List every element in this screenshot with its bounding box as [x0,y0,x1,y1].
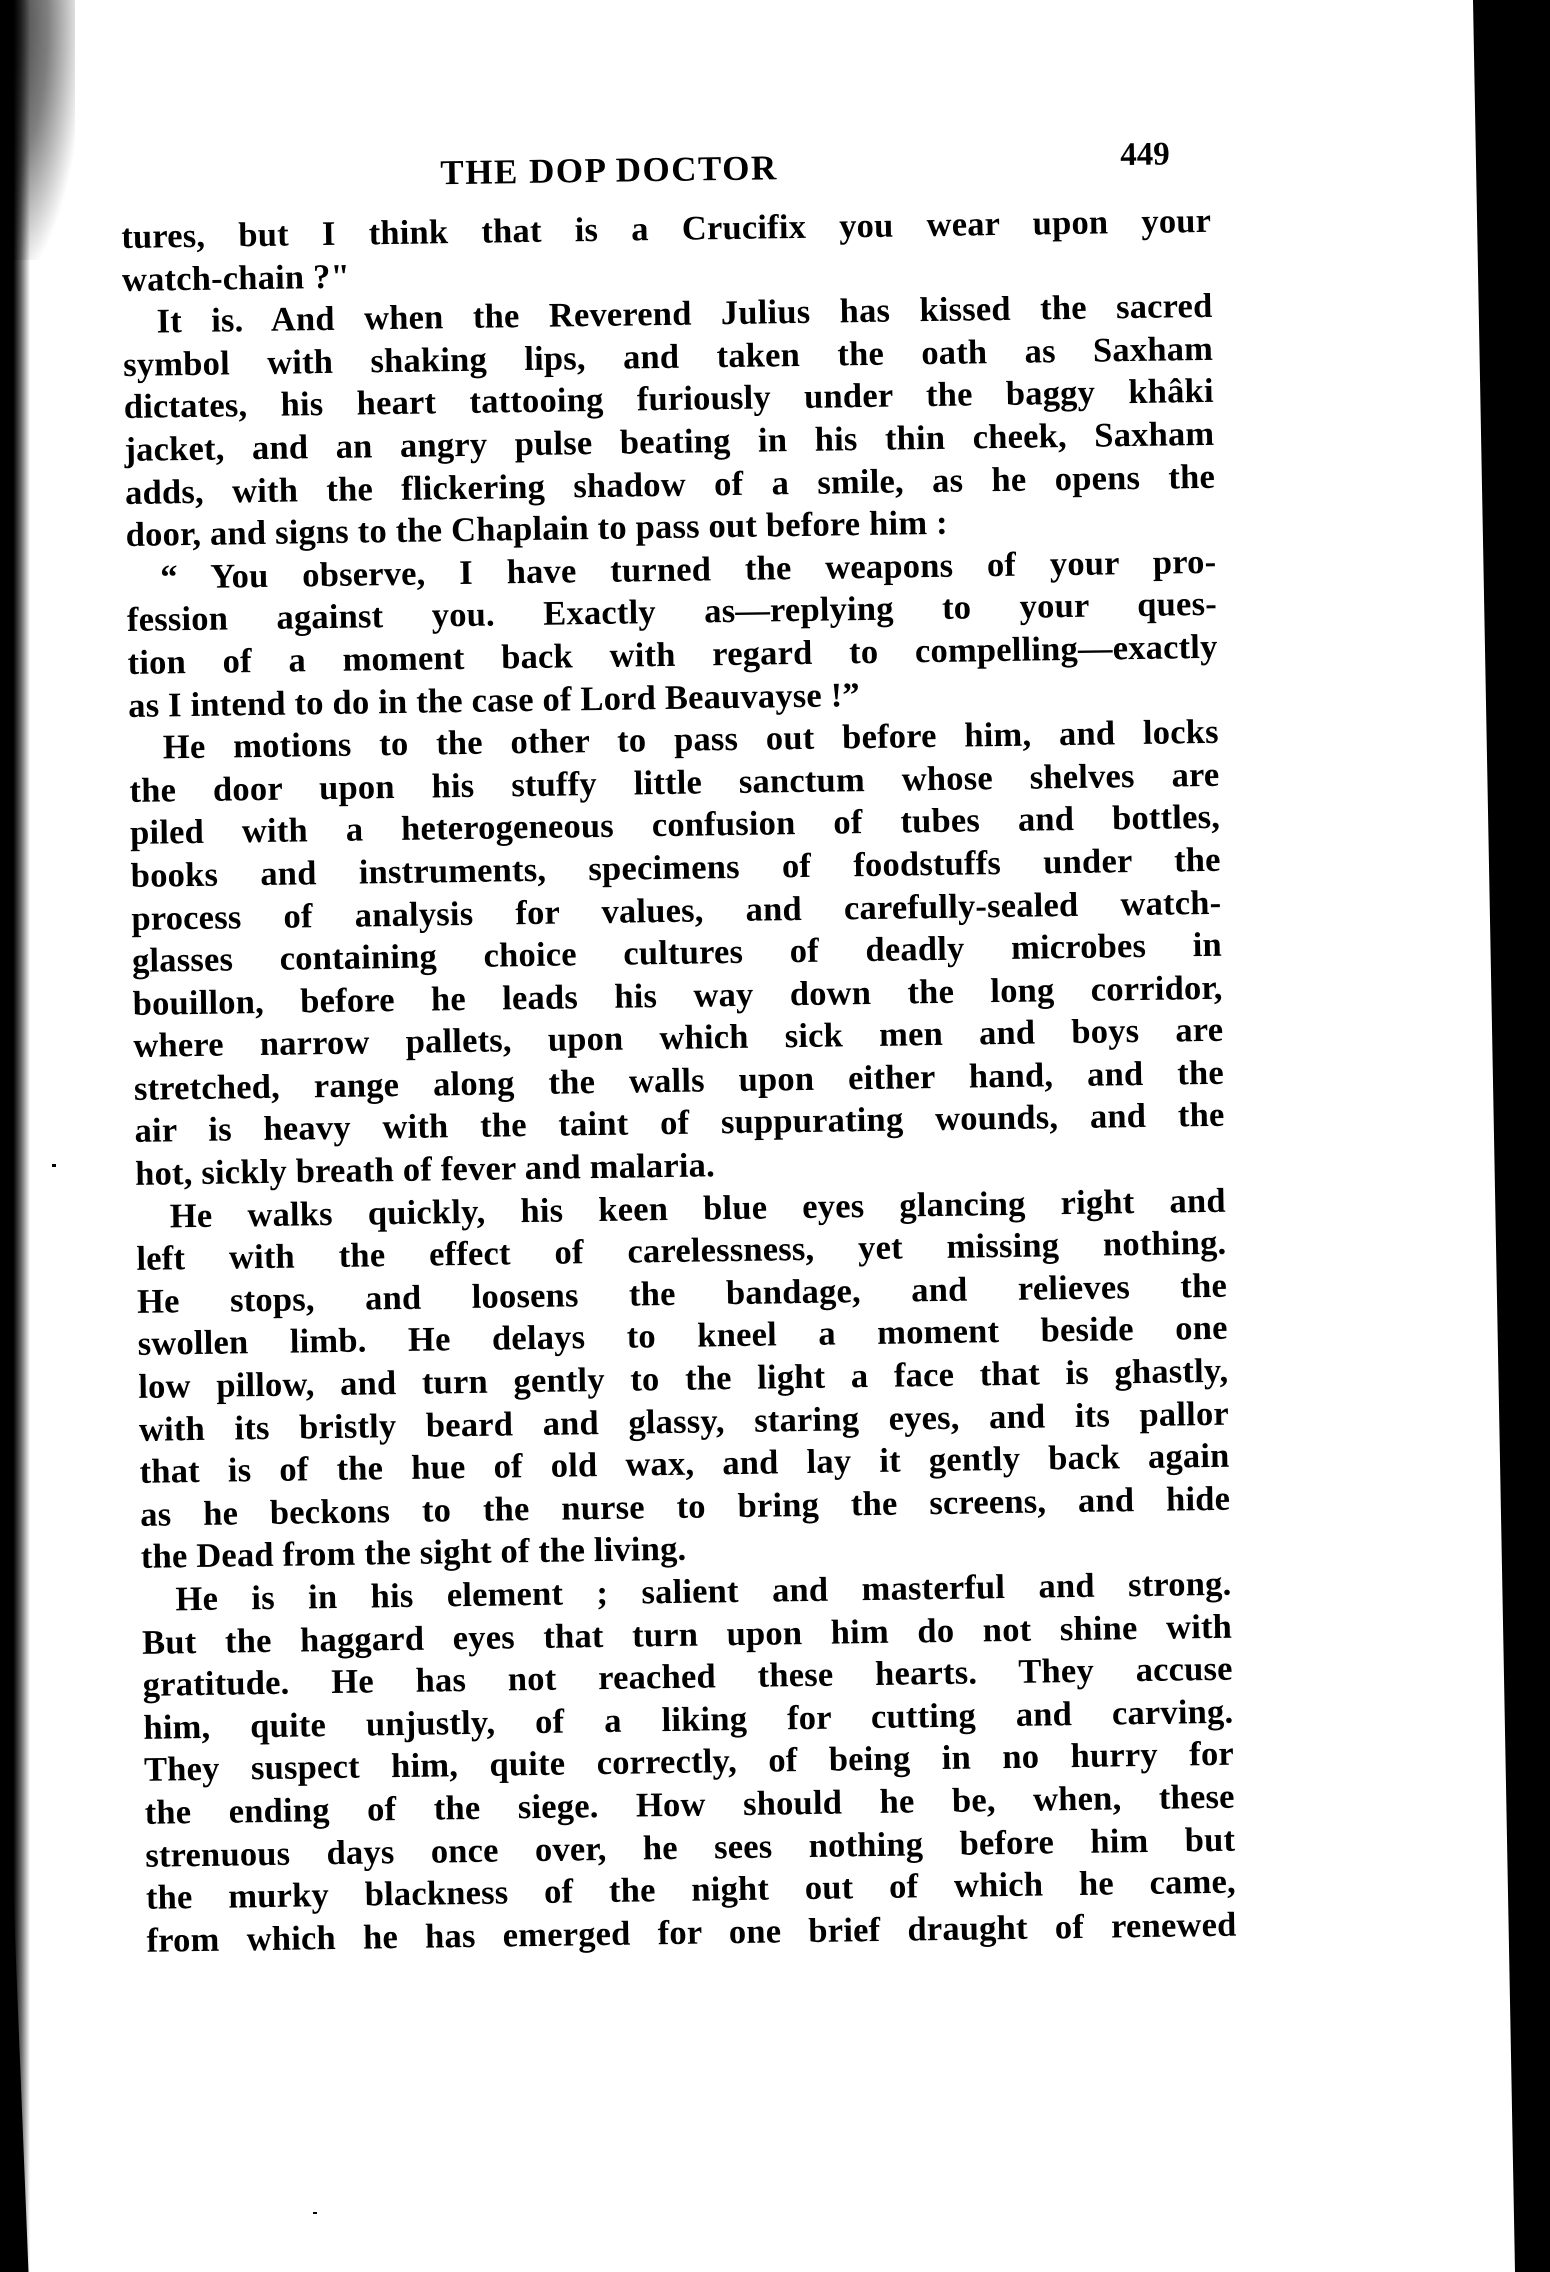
scan-right-edge-border [1470,0,1550,2272]
paragraph: tures, but I think that is a Crucifix yo… [121,200,1212,301]
book-page: THE DOP DOCTOR 449 tures, but I think th… [120,134,1237,1962]
running-title: THE DOP DOCTOR [440,148,778,193]
running-head: THE DOP DOCTOR 449 [120,134,1211,210]
scan-speck [52,1164,56,1167]
scan-left-edge-noise [0,0,75,260]
paragraph: He walks quickly, his keen blue eyes gla… [136,1179,1232,1578]
paragraph: It is. And when the Reverend Julius has … [122,285,1216,557]
paragraph: He motions to the other to pass out befo… [129,711,1226,1196]
body-text: tures, but I think that is a Crucifix yo… [121,200,1237,1962]
page-number: 449 [1120,136,1170,174]
paragraph: He is in his element ; salient and maste… [141,1563,1237,1962]
paragraph: “ You observe, I have turned the weapons… [126,541,1218,728]
scan-speck [313,2212,317,2214]
